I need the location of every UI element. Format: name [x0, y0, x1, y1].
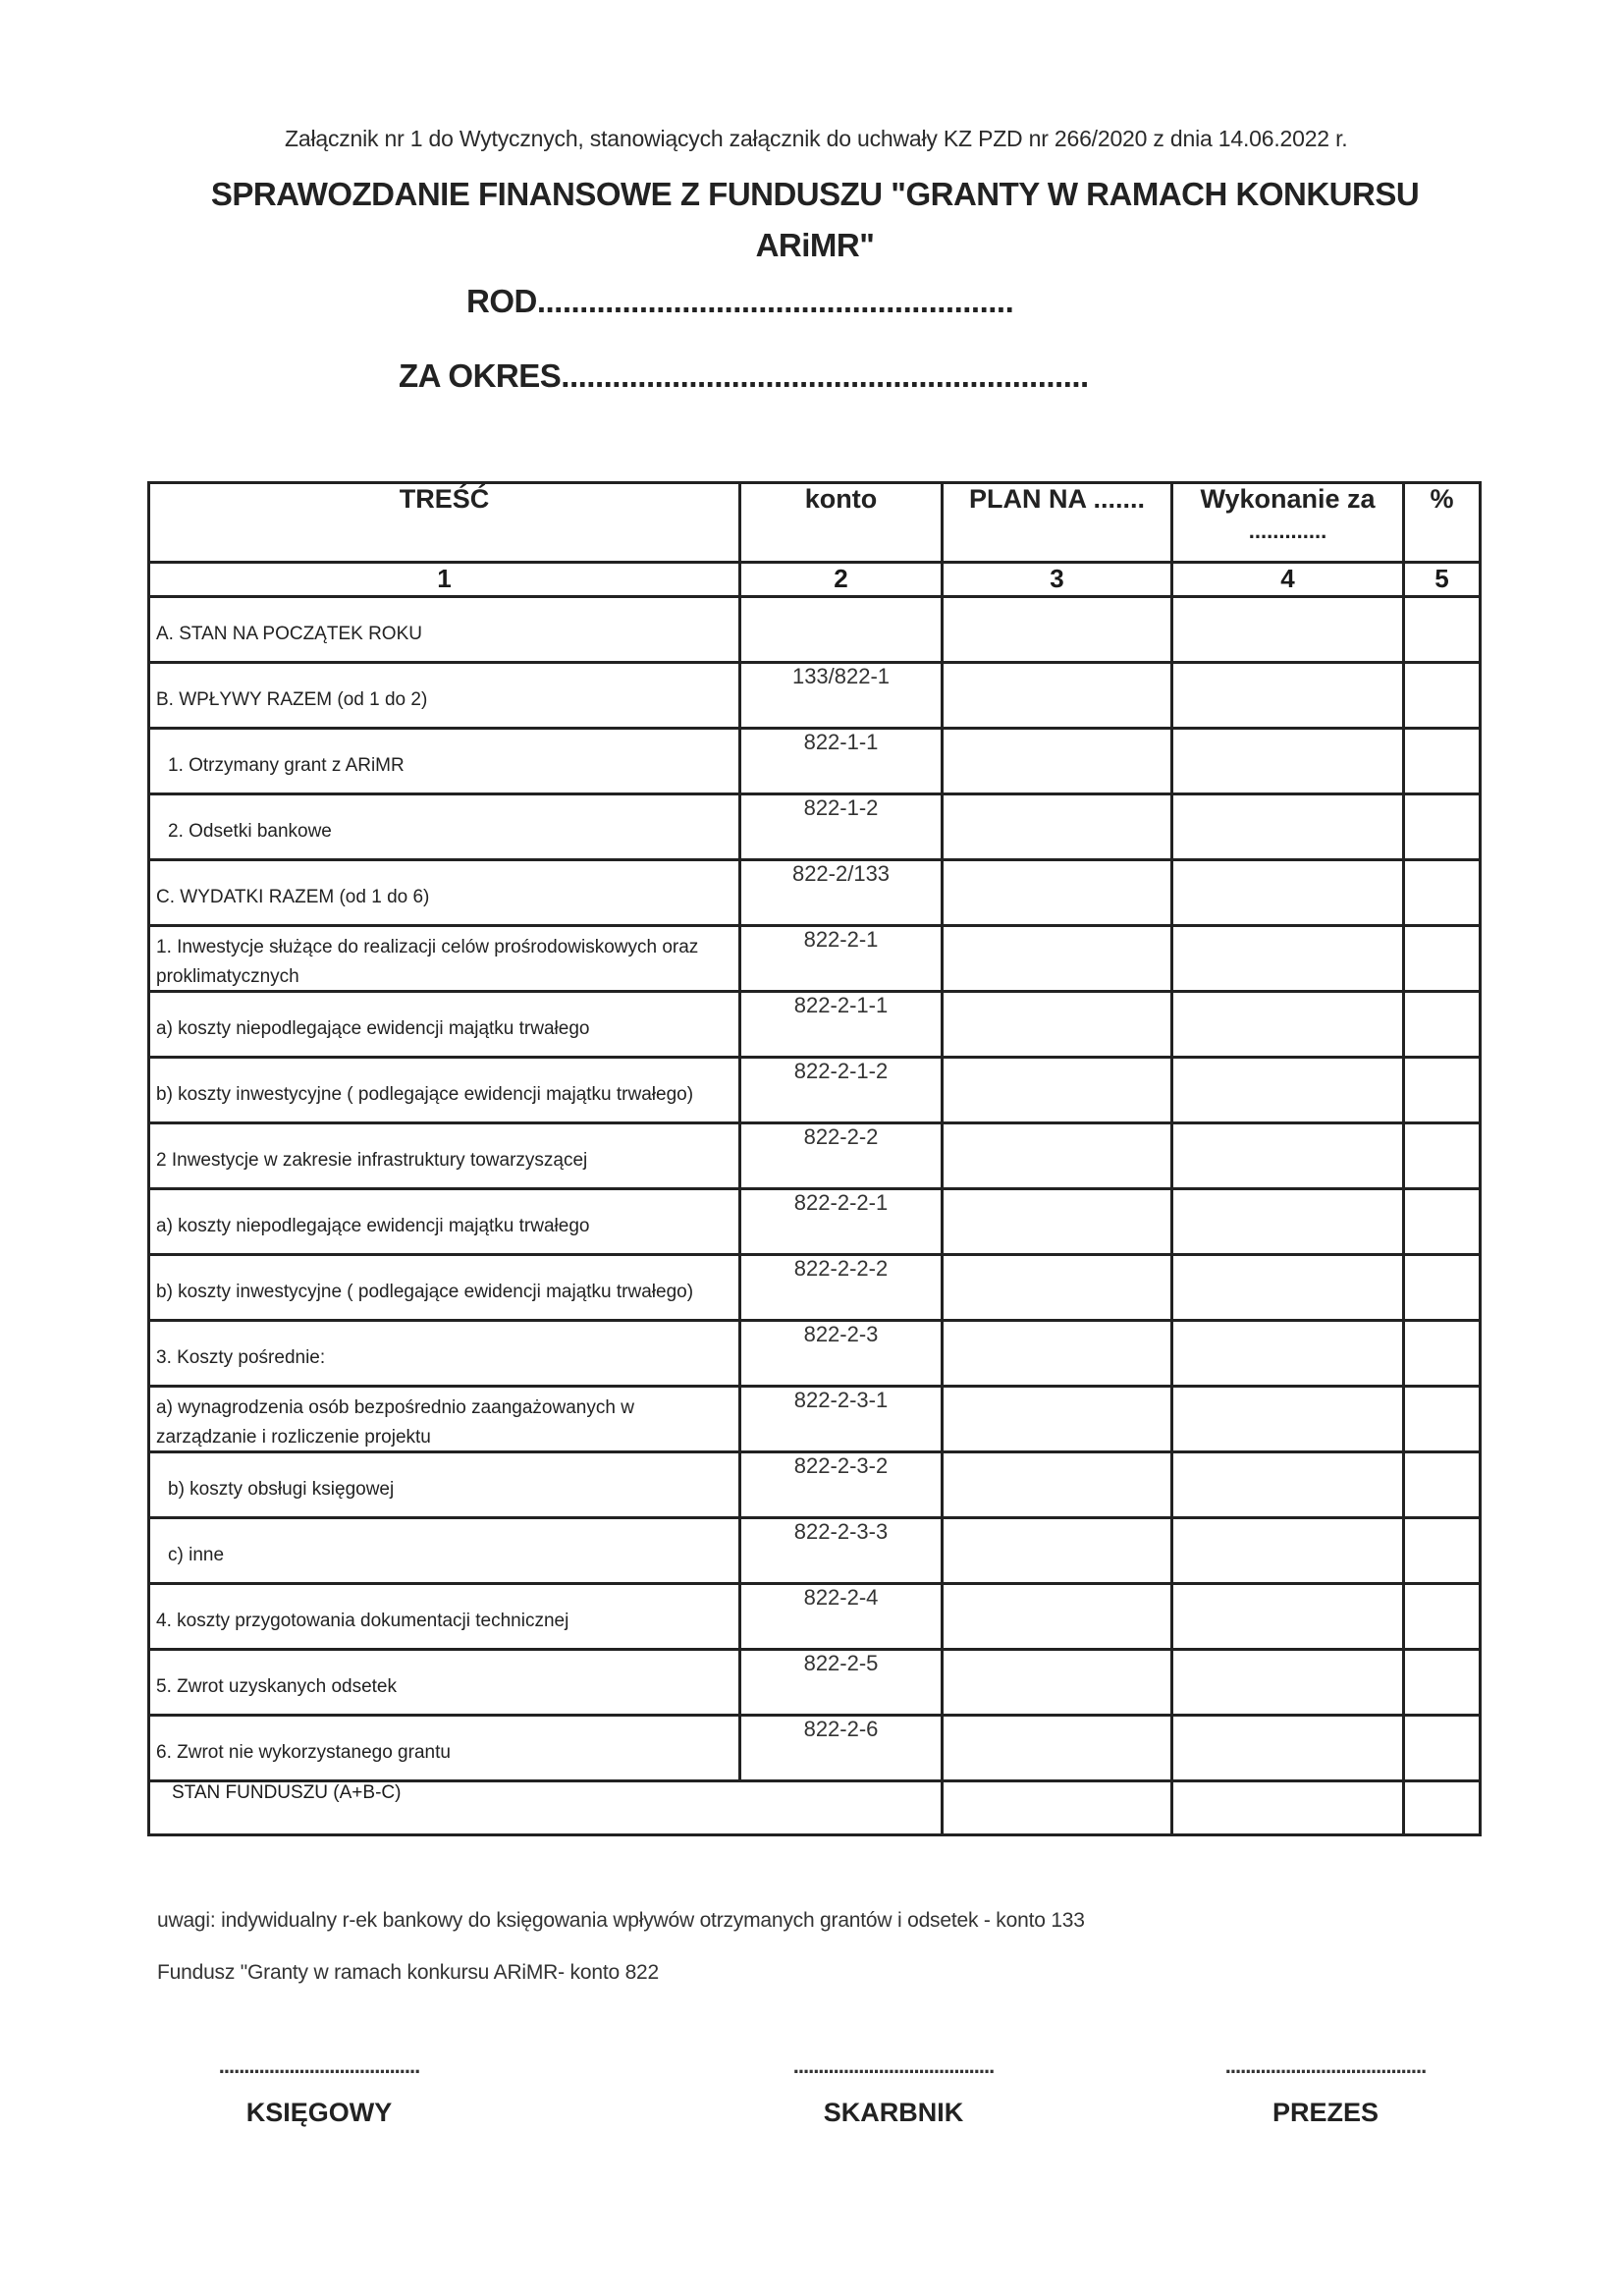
- wykonanie-cell[interactable]: [1172, 1123, 1404, 1189]
- plan-cell[interactable]: [943, 1189, 1172, 1255]
- fund-balance-label: STAN FUNDUSZU (A+B-C): [149, 1781, 943, 1835]
- row-description-text: b) koszty inwestycyjne ( podlegające ewi…: [156, 1278, 734, 1307]
- row-description: A. STAN NA POCZĄTEK ROKU: [149, 597, 740, 663]
- signature-skarbnik: ........................................…: [746, 2056, 1041, 2128]
- wykonanie-cell[interactable]: [1172, 794, 1404, 860]
- percent-cell[interactable]: [1404, 1123, 1481, 1189]
- row-konto: 822-2-3: [740, 1321, 943, 1387]
- table-row: 3. Koszty pośrednie:822-2-3: [149, 1321, 1481, 1387]
- wykonanie-cell[interactable]: [1172, 1321, 1404, 1387]
- row-konto: 822-2-1-2: [740, 1058, 943, 1123]
- row-description: 5. Zwrot uzyskanych odsetek: [149, 1650, 740, 1716]
- percent-cell[interactable]: [1404, 1387, 1481, 1452]
- signature-role: SKARBNIK: [746, 2098, 1041, 2128]
- percent-cell[interactable]: [1404, 1518, 1481, 1584]
- row-konto: 822-2-3-3: [740, 1518, 943, 1584]
- row-description: a) koszty niepodlegające ewidencji mająt…: [149, 1189, 740, 1255]
- wykonanie-cell[interactable]: [1172, 1584, 1404, 1650]
- row-description: b) koszty inwestycyjne ( podlegające ewi…: [149, 1255, 740, 1321]
- wykonanie-cell[interactable]: [1172, 926, 1404, 992]
- percent-cell[interactable]: [1404, 1255, 1481, 1321]
- row-description-text: 6. Zwrot nie wykorzystanego grantu: [156, 1738, 734, 1768]
- plan-cell[interactable]: [943, 992, 1172, 1058]
- row-konto: 822-2-1: [740, 926, 943, 992]
- percent-cell[interactable]: [1404, 1716, 1481, 1781]
- signature-role: PREZES: [1173, 2098, 1478, 2128]
- plan-cell[interactable]: [943, 597, 1172, 663]
- table-row: a) wynagrodzenia osób bezpośrednio zaang…: [149, 1387, 1481, 1452]
- row-description-text: b) koszty inwestycyjne ( podlegające ewi…: [156, 1080, 734, 1110]
- row-description-text: 5. Zwrot uzyskanych odsetek: [156, 1672, 734, 1702]
- percent-cell[interactable]: [1404, 663, 1481, 729]
- row-description-text: C. WYDATKI RAZEM (od 1 do 6): [156, 883, 734, 912]
- financial-report-table: TREŚĆ konto PLAN NA ....... Wykonanie za…: [147, 481, 1482, 1836]
- table-row: a) koszty niepodlegające ewidencji mająt…: [149, 992, 1481, 1058]
- column-number-1: 1: [149, 563, 740, 597]
- table-row: 5. Zwrot uzyskanych odsetek822-2-5: [149, 1650, 1481, 1716]
- plan-cell[interactable]: [943, 1716, 1172, 1781]
- table-row: a) koszty niepodlegające ewidencji mająt…: [149, 1189, 1481, 1255]
- table-row: B. WPŁYWY RAZEM (od 1 do 2)133/822-1: [149, 663, 1481, 729]
- percent-cell[interactable]: [1404, 729, 1481, 794]
- percent-cell[interactable]: [1404, 1321, 1481, 1387]
- row-konto: 822-2-2: [740, 1123, 943, 1189]
- percent-cell[interactable]: [1404, 1584, 1481, 1650]
- row-konto: 822-2-2-2: [740, 1255, 943, 1321]
- signature-line[interactable]: ........................................: [746, 2056, 1041, 2076]
- wykonanie-cell[interactable]: [1172, 1781, 1404, 1835]
- wykonanie-cell[interactable]: [1172, 1255, 1404, 1321]
- table-body: A. STAN NA POCZĄTEK ROKUB. WPŁYWY RAZEM …: [149, 597, 1481, 1835]
- row-konto: 133/822-1: [740, 663, 943, 729]
- row-description: b) koszty inwestycyjne ( podlegające ewi…: [149, 1058, 740, 1123]
- row-konto: 822-1-1: [740, 729, 943, 794]
- wykonanie-cell[interactable]: [1172, 1716, 1404, 1781]
- row-description-text: c) inne: [168, 1541, 734, 1570]
- table-row: 1. Otrzymany grant z ARiMR822-1-1: [149, 729, 1481, 794]
- row-description-text: 4. koszty przygotowania dokumentacji tec…: [156, 1607, 734, 1636]
- total-row: STAN FUNDUSZU (A+B-C): [149, 1781, 1481, 1835]
- row-description-text: a) wynagrodzenia osób bezpośrednio zaang…: [156, 1394, 734, 1452]
- plan-cell[interactable]: [943, 1058, 1172, 1123]
- plan-cell[interactable]: [943, 860, 1172, 926]
- percent-cell[interactable]: [1404, 1650, 1481, 1716]
- row-konto: 822-2-4: [740, 1584, 943, 1650]
- note-bank-account: uwagi: indywidualny r-ek bankowy do księ…: [157, 1909, 1085, 1933]
- row-konto: 822-2-6: [740, 1716, 943, 1781]
- column-number-3: 3: [943, 563, 1172, 597]
- plan-cell[interactable]: [943, 729, 1172, 794]
- table-row: 2. Odsetki bankowe822-1-2: [149, 794, 1481, 860]
- wykonanie-period-dots: .............: [1173, 520, 1402, 542]
- row-description-text: 2 Inwestycje w zakresie infrastruktury t…: [156, 1146, 734, 1175]
- fund-balance-text: STAN FUNDUSZU (A+B-C): [150, 1782, 401, 1803]
- plan-cell[interactable]: [943, 1255, 1172, 1321]
- row-konto: 822-1-2: [740, 794, 943, 860]
- report-title: SPRAWOZDANIE FINANSOWE Z FUNDUSZU "GRANT…: [157, 169, 1473, 271]
- percent-cell[interactable]: [1404, 1058, 1481, 1123]
- report-title-line-1: SPRAWOZDANIE FINANSOWE Z FUNDUSZU "GRANT…: [157, 169, 1473, 220]
- table-row: 6. Zwrot nie wykorzystanego grantu822-2-…: [149, 1716, 1481, 1781]
- table-row: 2 Inwestycje w zakresie infrastruktury t…: [149, 1123, 1481, 1189]
- wykonanie-cell[interactable]: [1172, 1452, 1404, 1518]
- column-number-row: 1 2 3 4 5: [149, 563, 1481, 597]
- signature-ksiegowy: ........................................…: [172, 2056, 466, 2128]
- row-description-text: B. WPŁYWY RAZEM (od 1 do 2): [156, 685, 734, 715]
- wykonanie-cell[interactable]: [1172, 860, 1404, 926]
- row-description: 1. Inwestycje służące do realizacji celó…: [149, 926, 740, 992]
- row-konto: 822-2-3-1: [740, 1387, 943, 1452]
- plan-cell[interactable]: [943, 794, 1172, 860]
- wykonanie-cell[interactable]: [1172, 1650, 1404, 1716]
- table-row: 1. Inwestycje służące do realizacji celó…: [149, 926, 1481, 992]
- row-description-text: b) koszty obsługi księgowej: [168, 1475, 734, 1504]
- plan-cell[interactable]: [943, 663, 1172, 729]
- row-description: 6. Zwrot nie wykorzystanego grantu: [149, 1716, 740, 1781]
- plan-cell[interactable]: [943, 1650, 1172, 1716]
- wykonanie-cell[interactable]: [1172, 1058, 1404, 1123]
- percent-cell[interactable]: [1404, 1189, 1481, 1255]
- table-row: b) koszty inwestycyjne ( podlegające ewi…: [149, 1255, 1481, 1321]
- rod-field[interactable]: ROD.....................................…: [466, 283, 1013, 320]
- percent-cell[interactable]: [1404, 1452, 1481, 1518]
- row-description-text: a) koszty niepodlegające ewidencji mająt…: [156, 1212, 734, 1241]
- row-description-text: 1. Inwestycje służące do realizacji celó…: [156, 933, 734, 992]
- row-description-text: 3. Koszty pośrednie:: [156, 1343, 734, 1373]
- row-description: c) inne: [149, 1518, 740, 1584]
- header-row: TREŚĆ konto PLAN NA ....... Wykonanie za…: [149, 483, 1481, 563]
- period-field[interactable]: ZA OKRES................................…: [399, 357, 1089, 395]
- column-header-konto: konto: [740, 483, 943, 563]
- wykonanie-cell[interactable]: [1172, 992, 1404, 1058]
- percent-cell[interactable]: [1404, 860, 1481, 926]
- percent-cell[interactable]: [1404, 926, 1481, 992]
- row-description: C. WYDATKI RAZEM (od 1 do 6): [149, 860, 740, 926]
- signature-role: KSIĘGOWY: [172, 2098, 466, 2128]
- percent-cell[interactable]: [1404, 992, 1481, 1058]
- row-description-text: 2. Odsetki bankowe: [168, 817, 734, 847]
- wykonanie-cell[interactable]: [1172, 1518, 1404, 1584]
- row-description-text: A. STAN NA POCZĄTEK ROKU: [156, 620, 734, 649]
- row-description: 3. Koszty pośrednie:: [149, 1321, 740, 1387]
- row-description: 1. Otrzymany grant z ARiMR: [149, 729, 740, 794]
- wykonanie-cell[interactable]: [1172, 1189, 1404, 1255]
- row-description: 2. Odsetki bankowe: [149, 794, 740, 860]
- plan-cell[interactable]: [943, 1584, 1172, 1650]
- wykonanie-cell[interactable]: [1172, 729, 1404, 794]
- row-konto: 822-2/133: [740, 860, 943, 926]
- row-konto: 822-2-3-2: [740, 1452, 943, 1518]
- report-title-line-2: ARiMR": [157, 220, 1473, 271]
- row-description: 4. koszty przygotowania dokumentacji tec…: [149, 1584, 740, 1650]
- signature-prezes: ........................................…: [1173, 2056, 1478, 2128]
- column-header-wykonanie: Wykonanie za .............: [1172, 483, 1404, 563]
- table-row: c) inne822-2-3-3: [149, 1518, 1481, 1584]
- percent-cell[interactable]: [1404, 794, 1481, 860]
- signature-line[interactable]: ........................................: [1173, 2056, 1478, 2076]
- column-header-tresc: TREŚĆ: [149, 483, 740, 563]
- row-description: b) koszty obsługi księgowej: [149, 1452, 740, 1518]
- percent-cell[interactable]: [1404, 1781, 1481, 1835]
- table-row: C. WYDATKI RAZEM (od 1 do 6)822-2/133: [149, 860, 1481, 926]
- wykonanie-cell[interactable]: [1172, 663, 1404, 729]
- wykonanie-cell[interactable]: [1172, 1387, 1404, 1452]
- table-row: b) koszty obsługi księgowej822-2-3-2: [149, 1452, 1481, 1518]
- row-description-text: 1. Otrzymany grant z ARiMR: [168, 751, 734, 781]
- row-description-text: a) koszty niepodlegające ewidencji mająt…: [156, 1014, 734, 1044]
- table-row: A. STAN NA POCZĄTEK ROKU: [149, 597, 1481, 663]
- plan-cell[interactable]: [943, 1518, 1172, 1584]
- note-fund-account: Fundusz "Granty w ramach konkursu ARiMR-…: [157, 1961, 659, 1985]
- plan-cell[interactable]: [943, 1452, 1172, 1518]
- signature-line[interactable]: ........................................: [172, 2056, 466, 2076]
- plan-cell[interactable]: [943, 1781, 1172, 1835]
- column-header-percent: %: [1404, 483, 1481, 563]
- row-description: a) koszty niepodlegające ewidencji mająt…: [149, 992, 740, 1058]
- table-row: 4. koszty przygotowania dokumentacji tec…: [149, 1584, 1481, 1650]
- column-number-4: 4: [1172, 563, 1404, 597]
- row-konto: 822-2-5: [740, 1650, 943, 1716]
- table-row: b) koszty inwestycyjne ( podlegające ewi…: [149, 1058, 1481, 1123]
- column-number-2: 2: [740, 563, 943, 597]
- percent-cell[interactable]: [1404, 597, 1481, 663]
- row-konto: [740, 597, 943, 663]
- wykonanie-label: Wykonanie za: [1200, 484, 1375, 514]
- column-header-plan: PLAN NA .......: [943, 483, 1172, 563]
- row-description: a) wynagrodzenia osób bezpośrednio zaang…: [149, 1387, 740, 1452]
- annex-note: Załącznik nr 1 do Wytycznych, stanowiący…: [0, 126, 1623, 152]
- plan-cell[interactable]: [943, 1123, 1172, 1189]
- plan-cell[interactable]: [943, 1387, 1172, 1452]
- row-description: 2 Inwestycje w zakresie infrastruktury t…: [149, 1123, 740, 1189]
- row-description: B. WPŁYWY RAZEM (od 1 do 2): [149, 663, 740, 729]
- row-konto: 822-2-1-1: [740, 992, 943, 1058]
- column-number-5: 5: [1404, 563, 1481, 597]
- row-konto: 822-2-2-1: [740, 1189, 943, 1255]
- plan-cell[interactable]: [943, 1321, 1172, 1387]
- plan-cell[interactable]: [943, 926, 1172, 992]
- wykonanie-cell[interactable]: [1172, 597, 1404, 663]
